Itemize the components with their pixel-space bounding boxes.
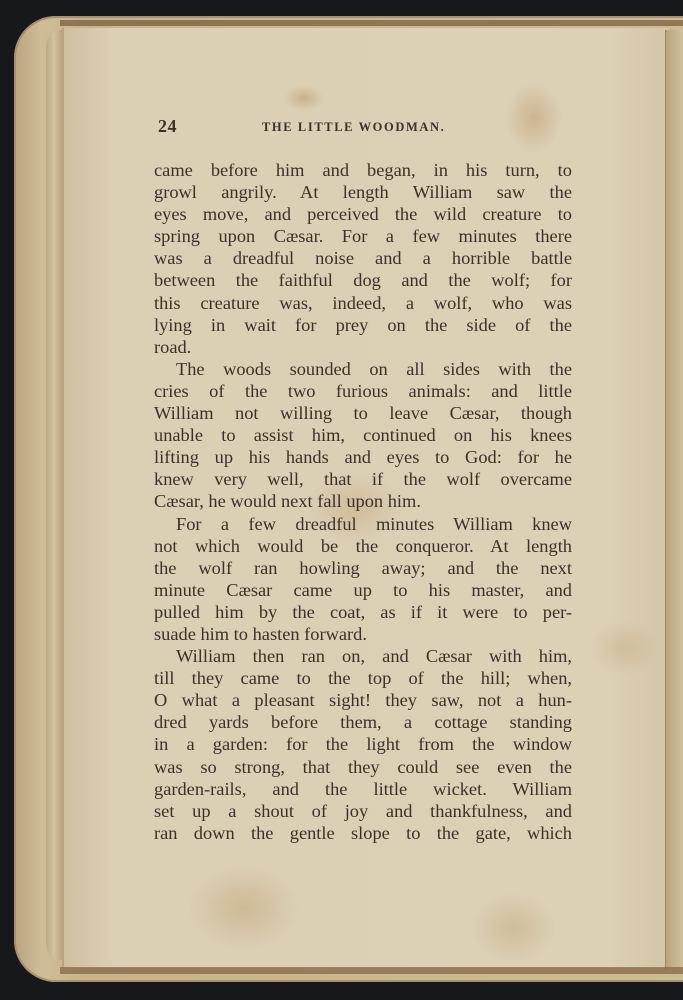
text-line: road. bbox=[154, 336, 572, 358]
text-line: O what a pleasant sight! they saw, not a… bbox=[154, 689, 572, 711]
text-line: cries of the two furious animals: and li… bbox=[154, 380, 572, 402]
paragraph-start: For a few dreadful minutes William knew bbox=[154, 513, 572, 535]
text-line: till they came to the top of the hill; w… bbox=[154, 667, 572, 689]
text-line: lying in wait for prey on the side of th… bbox=[154, 314, 572, 336]
text-line: pulled him by the coat, as if it were to… bbox=[154, 601, 572, 623]
text-line: Cæsar, he would next fall upon him. bbox=[154, 490, 572, 512]
cover-edge-top bbox=[60, 20, 683, 26]
text-line: growl angrily. At length William saw the bbox=[154, 181, 572, 203]
text-line: garden-rails, and the little wicket. Wil… bbox=[154, 778, 572, 800]
text-line: in a garden: for the light from the wind… bbox=[154, 733, 572, 755]
paragraph-start: The woods sounded on all sides with the bbox=[154, 358, 572, 380]
body-text: came before him and began, in his turn, … bbox=[154, 159, 572, 844]
text-line: eyes move, and perceived the wild creatu… bbox=[154, 203, 572, 225]
text-line: spring upon Cæsar. For a few minutes the… bbox=[154, 225, 572, 247]
text-line: lifting up his hands and eyes to God: fo… bbox=[154, 446, 572, 468]
text-line: was a dreadful noise and a horrible batt… bbox=[154, 247, 572, 269]
text-line: ran down the gentle slope to the gate, w… bbox=[154, 822, 572, 844]
text-line: was so strong, that they could see even … bbox=[154, 756, 572, 778]
text-line: minute Cæsar came up to his master, and bbox=[154, 579, 572, 601]
page-number: 24 bbox=[158, 116, 177, 137]
text-line: suade him to hasten forward. bbox=[154, 623, 572, 645]
text-line: unable to assist him, continued on his k… bbox=[154, 424, 572, 446]
text-line: dred yards before them, a cottage standi… bbox=[154, 711, 572, 733]
cover-edge-bottom bbox=[60, 967, 683, 974]
text-line: came before him and began, in his turn, … bbox=[154, 159, 572, 181]
text-line: between the faithful dog and the wolf; f… bbox=[154, 269, 572, 291]
spine-fold bbox=[46, 30, 62, 960]
running-head: 24 THE LITTLE WOODMAN. bbox=[158, 116, 578, 140]
book-title-header: THE LITTLE WOODMAN. bbox=[262, 120, 445, 135]
text-line: knew very well, that if the wolf overcam… bbox=[154, 468, 572, 490]
text-line: not which would be the conqueror. At len… bbox=[154, 535, 572, 557]
text-line: William not willing to leave Cæsar, thou… bbox=[154, 402, 572, 424]
page-right-edge bbox=[665, 30, 683, 970]
paragraph-start: William then ran on, and Cæsar with him, bbox=[154, 645, 572, 667]
text-line: set up a shout of joy and thankfulness, … bbox=[154, 800, 572, 822]
text-line: this creature was, indeed, a wolf, who w… bbox=[154, 292, 572, 314]
text-line: the wolf ran howling away; and the next bbox=[154, 557, 572, 579]
